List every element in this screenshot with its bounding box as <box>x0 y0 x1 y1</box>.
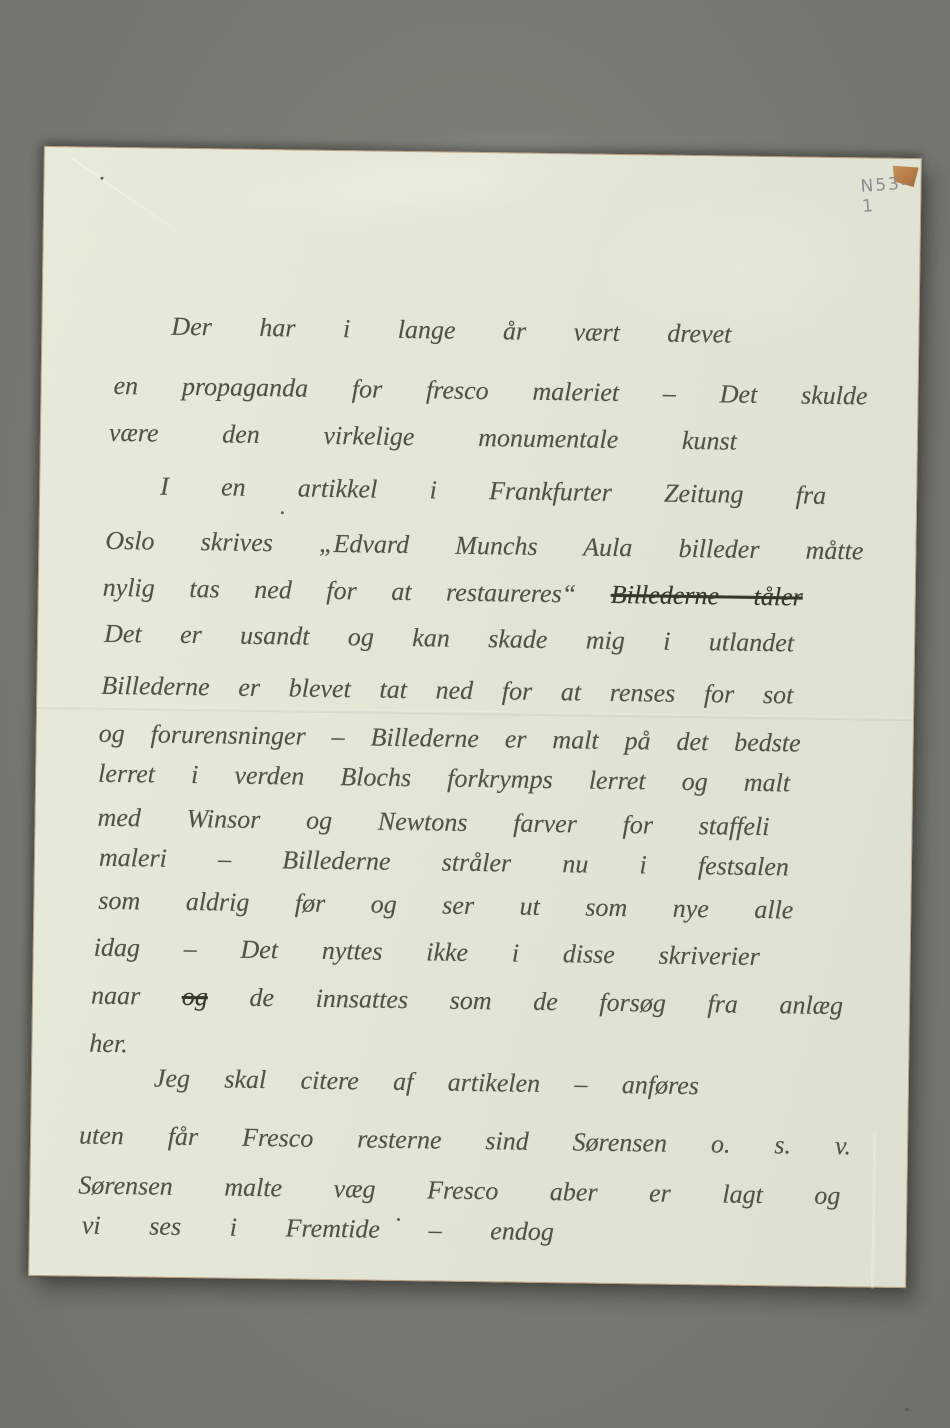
handwriting-line: en propaganda for fresco maleriet – Det … <box>113 366 867 417</box>
handwriting-text: lerret i verden Blochs forkrymps lerret … <box>98 759 790 798</box>
paper-speck <box>281 511 284 514</box>
photo-background: N53-1 Der har i lange år vært drevet en … <box>0 0 950 1428</box>
handwriting-line: naar og de innsattes som de forsøg fra a… <box>91 976 843 1026</box>
struck-text: og <box>182 982 208 1011</box>
handwriting-text: med Winsor og Newtons farver for staffel… <box>97 803 769 841</box>
handwriting-text: Jeg skal citere af artikelen – anføres <box>154 1064 699 1101</box>
handwriting-line: idag – Det nyttes ikke i disse skriverie… <box>93 928 759 977</box>
manuscript-paper: N53-1 Der har i lange år vært drevet en … <box>28 146 922 1288</box>
background-speck <box>905 1408 909 1411</box>
handwriting-line: Det er usandt og kan skade mig i utlande… <box>104 614 794 664</box>
handwriting-text: som aldrig før og ser ut som nye alle <box>98 886 793 925</box>
handwriting-line: Oslo skrives „Edvard Munchs Aula billede… <box>105 521 863 572</box>
handwriting-text: Oslo skrives „Edvard Munchs Aula billede… <box>105 526 863 566</box>
handwriting-text: uten får Fresco resterne sind Sørensen o… <box>79 1121 851 1161</box>
handwriting-text: Der har i lange år vært drevet <box>171 312 731 349</box>
handwriting-line: uten får Fresco resterne sind Sørensen o… <box>79 1116 851 1167</box>
handwriting-line: være den virkelige monumentale kunst <box>109 413 737 462</box>
handwriting-text: en propaganda for fresco maleriet – Det … <box>113 371 867 411</box>
paper-speck <box>100 177 103 180</box>
handwriting-text: I en artikkel i Frankfurter Zeitung fra <box>160 472 826 510</box>
handwriting-line: vi ses i Fremtide – endog <box>82 1206 555 1253</box>
handwriting-line: Jeg skal citere af artikelen – anføres <box>154 1059 700 1107</box>
handwriting-text: idag – Det nyttes ikke i disse skriverie… <box>94 933 760 971</box>
paper-wrinkle <box>72 158 205 251</box>
handwriting-text: naar <box>91 981 141 1011</box>
handwriting-text: maleri – Billederne stråler nu i festsal… <box>99 843 789 882</box>
handwriting-line: lerret i verden Blochs forkrymps lerret … <box>98 754 790 804</box>
handwriting-line: I en artikkel i Frankfurter Zeitung fra <box>160 467 826 516</box>
handwriting-text: vi ses i Fremtide – endog <box>82 1211 554 1247</box>
handwriting-text: Sørensen malte væg Fresco aber er lagt o… <box>78 1171 840 1211</box>
handwriting-text: nylig tas ned for at restaureres“ <box>103 573 577 609</box>
archive-label: N53-1 <box>860 173 922 217</box>
handwriting-line: maleri – Billederne stråler nu i festsal… <box>99 838 789 888</box>
handwriting-line: Der har i lange år vært drevet <box>171 307 732 355</box>
paper-crease-stripe <box>871 1134 876 1289</box>
handwriting-text: og forurensninger – Billederne er malt p… <box>99 719 801 758</box>
handwriting-line: nylig tas ned for at restaureres“ Billed… <box>102 568 802 618</box>
handwriting-text: de innsattes som de forsøg fra anlæg <box>249 983 843 1020</box>
struck-text: Billederne tåler <box>611 580 803 612</box>
handwriting-text: Billederne er blevet tat ned for at rens… <box>101 671 793 710</box>
handwriting-text: være den virkelige monumentale kunst <box>109 418 737 456</box>
handwriting-line: som aldrig før og ser ut som nye alle <box>98 881 793 931</box>
handwriting-text: Det er usandt og kan skade mig i utlande… <box>104 619 794 658</box>
handwriting-text: her. <box>89 1029 128 1059</box>
